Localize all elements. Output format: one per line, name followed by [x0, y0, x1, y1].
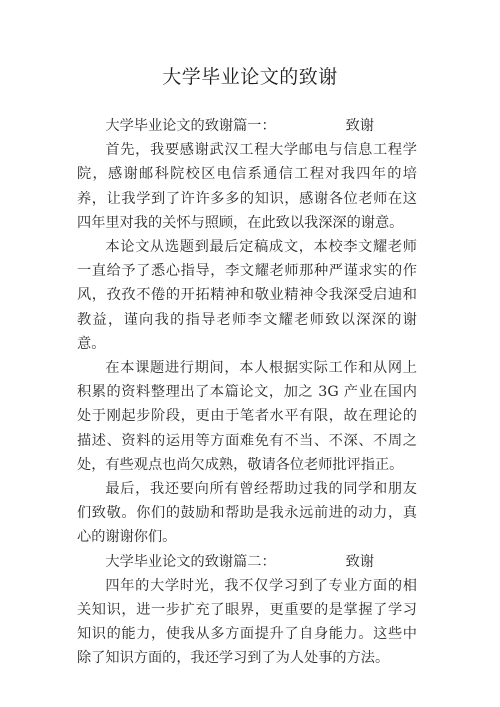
paragraph: 本论文从选题到最后定稿成文，本校李文耀老师一直给予了悉心指导，李文耀老师那种严谨… [77, 235, 417, 356]
section-heading-suffix: 致谢 [346, 118, 374, 134]
document-body: 大学毕业论文的致谢篇一：致谢 首先，我要感谢武汉工程大学邮电与信息工程学院，感谢… [77, 114, 417, 671]
section-heading-suffix: 致谢 [346, 554, 374, 570]
paragraph: 首先，我要感谢武汉工程大学邮电与信息工程学院，感谢邮科院校区电信系通信工程对我四… [77, 138, 417, 235]
paragraph: 四年的大学时光，我不仅学习到了专业方面的相关知识，进一步扩充了眼界，更重要的是掌… [77, 574, 417, 671]
section-heading-1: 大学毕业论文的致谢篇一：致谢 [77, 114, 417, 138]
document-page: 大学毕业论文的致谢 大学毕业论文的致谢篇一：致谢 首先，我要感谢武汉工程大学邮电… [0, 0, 500, 707]
section-heading-2: 大学毕业论文的致谢篇二：致谢 [77, 550, 417, 574]
section-heading-text: 大学毕业论文的致谢篇二： [105, 554, 275, 570]
paragraph: 在本课题进行期间，本人根据实际工作和从网上积累的资料整理出了本篇论文，加之 3G… [77, 356, 417, 477]
document-title: 大学毕业论文的致谢 [0, 62, 500, 89]
paragraph: 最后，我还要向所有曾经帮助过我的同学和朋友们致敬。你们的鼓励和帮助是我永远前进的… [77, 477, 417, 550]
section-heading-text: 大学毕业论文的致谢篇一： [105, 118, 275, 134]
